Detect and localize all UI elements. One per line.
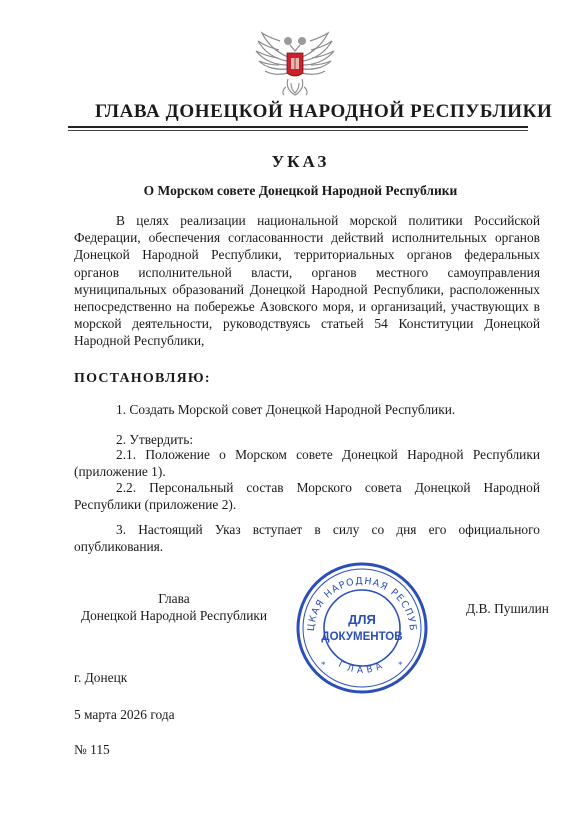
signatory-name: Д.В. Пушилин: [466, 601, 549, 617]
document-title: О Морском совете Донецкой Народной Респу…: [0, 183, 581, 199]
header-divider: [68, 126, 528, 128]
decree-item-2-1: 2.1. Положение о Морском совете Донецкой…: [74, 446, 540, 480]
header-divider-thin: [68, 130, 528, 131]
document-number: № 115: [74, 742, 110, 758]
decree-item-text: 1. Создать Морской совет Донецкой Народн…: [74, 401, 540, 418]
decree-item-text: 2.1. Положение о Морском совете Донецкой…: [74, 446, 540, 480]
signatory-position: Глава Донецкой Народной Республики: [74, 590, 274, 624]
official-stamp: ДОНЕЦКАЯ НАРОДНАЯ РЕСПУБЛИКА ГЛАВА * * Д…: [294, 560, 430, 696]
decree-item-text: 3. Настоящий Указ вступает в силу со дня…: [74, 521, 540, 555]
issue-date: 5 марта 2026 года: [74, 707, 175, 723]
decree-item-3: 3. Настоящий Указ вступает в силу со дня…: [74, 521, 540, 555]
decree-heading: ПОСТАНОВЛЯЮ:: [74, 371, 211, 387]
signatory-office: Донецкой Народной Республики: [74, 607, 274, 624]
decree-item-text: 2.2. Персональный состав Морского совета…: [74, 479, 540, 513]
stamp-bottom-text: ГЛАВА: [336, 660, 387, 676]
preamble: В целях реализации национальной морской …: [74, 212, 540, 350]
dpr-coat-of-arms-icon: [250, 27, 340, 99]
decree-item-2-2: 2.2. Персональный состав Морского совета…: [74, 479, 540, 513]
issue-city: г. Донецк: [74, 670, 127, 686]
signatory-title: Глава: [74, 590, 274, 607]
issuer-heading: ГЛАВА ДОНЕЦКОЙ НАРОДНОЙ РЕСПУБЛИКИ: [95, 101, 525, 123]
stamp-star-icon: *: [398, 660, 403, 670]
stamp-center-line1: ДЛЯ: [348, 612, 376, 627]
preamble-text: В целях реализации национальной морской …: [74, 212, 540, 350]
document-type: УКАЗ: [0, 152, 581, 172]
stamp-star-icon: *: [321, 660, 326, 670]
decree-item-1: 1. Создать Морской совет Донецкой Народн…: [74, 401, 540, 418]
stamp-center-line2: ДОКУМЕНТОВ: [321, 631, 402, 643]
